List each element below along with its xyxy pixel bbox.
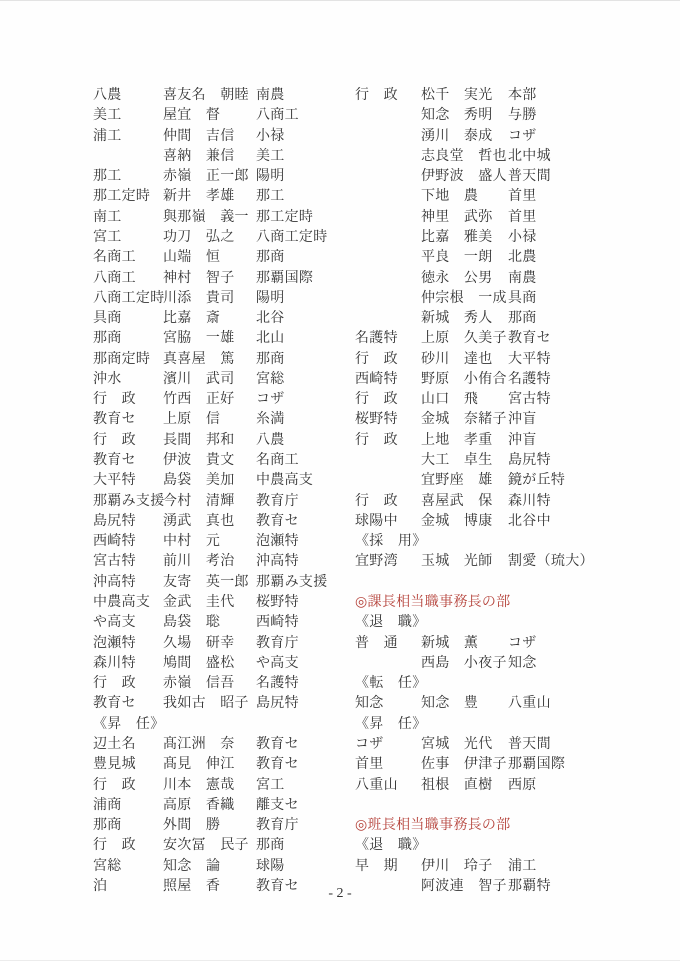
origin-school: 豊見城 bbox=[93, 755, 136, 775]
destination-school: 小禄 bbox=[508, 228, 537, 248]
origin-school: 首里 bbox=[355, 755, 384, 775]
person-name: 祖根 直樹 bbox=[421, 776, 493, 796]
origin-school: 島尻特 bbox=[93, 512, 136, 532]
destination-school: 大平特 bbox=[508, 350, 551, 370]
table-row: 行 政川本 憲哉宮工八重山祖根 直樹西原 bbox=[0, 776, 680, 796]
person-name: 神村 智子 bbox=[163, 269, 235, 289]
origin-school: 行 政 bbox=[93, 674, 136, 694]
destination-school: 離支セ bbox=[256, 796, 299, 816]
destination-school: 宮総 bbox=[256, 370, 285, 390]
destination-school: 那商 bbox=[256, 350, 285, 370]
table-row: 大平特島袋 美加中農高支宜野座 雄鏡が丘特 bbox=[0, 471, 680, 491]
origin-school: 教育セ bbox=[93, 451, 136, 471]
destination-school: 普天間 bbox=[508, 735, 551, 755]
origin-school: 西崎特 bbox=[93, 532, 136, 552]
origin-school: 行 政 bbox=[355, 431, 398, 451]
origin-school: 那商定時 bbox=[93, 350, 150, 370]
person-name: 島袋 美加 bbox=[163, 471, 235, 491]
person-name: 喜友名 朝睦 bbox=[163, 86, 249, 106]
destination-school: 教育庁 bbox=[256, 492, 299, 512]
origin-school: 桜野特 bbox=[355, 410, 398, 430]
table-row: 八農喜友名 朝睦南農行 政松千 実光本部 bbox=[0, 86, 680, 106]
destination-school: 割愛（琉大） bbox=[508, 552, 594, 572]
person-name: 功刀 弘之 bbox=[163, 228, 235, 248]
table-row: 那工赤嶺 正一郎陽明伊野波 盛人普天間 bbox=[0, 167, 680, 187]
destination-school: 本部 bbox=[508, 86, 537, 106]
destination-school: 名護特 bbox=[508, 370, 551, 390]
person-name: 島袋 聡 bbox=[163, 613, 220, 633]
section-heading: 《昇 任》 bbox=[355, 715, 427, 735]
table-row: 泡瀬特久場 研幸教育庁普 通新城 薫コザ bbox=[0, 634, 680, 654]
origin-school: 南工 bbox=[93, 208, 122, 228]
origin-school: 行 政 bbox=[93, 390, 136, 410]
table-row: 名商工山端 恒那商平良 一朗北農 bbox=[0, 248, 680, 268]
destination-school: 名護特 bbox=[256, 674, 299, 694]
entry-grid: 八農喜友名 朝睦南農行 政松千 実光本部美工屋宜 督八商工知念 秀明与勝浦工仲間… bbox=[0, 1, 680, 960]
person-name: 竹西 正好 bbox=[163, 390, 235, 410]
destination-school: 陽明 bbox=[256, 167, 285, 187]
person-name: 友寄 英一郎 bbox=[163, 573, 249, 593]
destination-school: 中農高支 bbox=[256, 471, 313, 491]
department-heading: ◎班長相当職事務長の部 bbox=[355, 816, 511, 836]
origin-school: 宮総 bbox=[93, 857, 122, 877]
table-row: 沖高特友寄 英一郎那覇み支援 bbox=[0, 573, 680, 593]
origin-school: 八商工 bbox=[93, 269, 136, 289]
origin-school: や高支 bbox=[93, 613, 136, 633]
destination-school: 教育セ bbox=[256, 755, 299, 775]
origin-school: 泡瀬特 bbox=[93, 634, 136, 654]
person-name: 下地 農 bbox=[421, 187, 478, 207]
person-name: 伊川 玲子 bbox=[421, 857, 493, 877]
destination-school: 八商工定時 bbox=[256, 228, 328, 248]
origin-school: 行 政 bbox=[355, 350, 398, 370]
person-name: 湧武 真也 bbox=[163, 512, 235, 532]
destination-school: 沖盲 bbox=[508, 410, 537, 430]
origin-school: 那工 bbox=[93, 167, 122, 187]
origin-school: 宮工 bbox=[93, 228, 122, 248]
person-name: 伊野波 盛人 bbox=[421, 167, 507, 187]
destination-school: 那覇国際 bbox=[256, 269, 313, 289]
person-name: 西島 小夜子 bbox=[421, 654, 507, 674]
person-name: 高原 香織 bbox=[163, 796, 235, 816]
destination-school: 北谷 bbox=[256, 309, 285, 329]
origin-school: 浦工 bbox=[93, 127, 122, 147]
department-heading: ◎課長相当職事務長の部 bbox=[355, 593, 511, 613]
destination-school: 名商工 bbox=[256, 451, 299, 471]
origin-school: 行 政 bbox=[93, 836, 136, 856]
destination-school: 北谷中 bbox=[508, 512, 551, 532]
table-row: 宮総知念 論球陽早 期伊川 玲子浦工 bbox=[0, 857, 680, 877]
table-row: 宮古特前川 考治沖高特宜野湾玉城 光師割愛（琉大） bbox=[0, 552, 680, 572]
destination-school: 美工 bbox=[256, 147, 285, 167]
origin-school: 行 政 bbox=[355, 492, 398, 512]
table-row: 《昇 任》《昇 任》 bbox=[0, 715, 680, 735]
origin-school: 具商 bbox=[93, 309, 122, 329]
table-row: 南工與那嶺 義一那工定時神里 武弥首里 bbox=[0, 208, 680, 228]
origin-school: 辺土名 bbox=[93, 735, 136, 755]
destination-school: 那商 bbox=[256, 248, 285, 268]
destination-school: 那覇国際 bbox=[508, 755, 565, 775]
person-name: 川本 憲哉 bbox=[163, 776, 235, 796]
table-row: 那商定時真喜屋 篤那商行 政砂川 達也大平特 bbox=[0, 350, 680, 370]
person-name: 知念 論 bbox=[163, 857, 220, 877]
origin-school: 球陽中 bbox=[355, 512, 398, 532]
destination-school: 教育庁 bbox=[256, 634, 299, 654]
origin-school: 那商 bbox=[93, 816, 122, 836]
table-row: 那覇み支援今村 清輝教育庁行 政喜屋武 保森川特 bbox=[0, 492, 680, 512]
destination-school: 南農 bbox=[256, 86, 285, 106]
destination-school: 那商 bbox=[508, 309, 537, 329]
destination-school: 南農 bbox=[508, 269, 537, 289]
destination-school: 北農 bbox=[508, 248, 537, 268]
origin-school: 普 通 bbox=[355, 634, 398, 654]
destination-school: 宮工 bbox=[256, 776, 285, 796]
destination-school: コザ bbox=[256, 390, 285, 410]
person-name: 宮脇 一雄 bbox=[163, 329, 235, 349]
destination-school: 八農 bbox=[256, 431, 285, 451]
destination-school: 浦工 bbox=[508, 857, 537, 877]
origin-school: 沖水 bbox=[93, 370, 122, 390]
person-name: 上原 久美子 bbox=[421, 329, 507, 349]
person-name: 髙江洲 奈 bbox=[163, 735, 235, 755]
destination-school: 首里 bbox=[508, 208, 537, 228]
destination-school: 島尻特 bbox=[508, 451, 551, 471]
table-row: 沖水濱川 武司宮総西崎特野原 小侑合名護特 bbox=[0, 370, 680, 390]
person-name: 外間 勝 bbox=[163, 816, 220, 836]
origin-school: 沖高特 bbox=[93, 573, 136, 593]
person-name: 湧川 泰成 bbox=[421, 127, 493, 147]
table-row: 浦商高原 香織離支セ bbox=[0, 796, 680, 816]
table-row: 辺土名髙江洲 奈教育セコザ宮城 光代普天間 bbox=[0, 735, 680, 755]
origin-school: 中農高支 bbox=[93, 593, 150, 613]
person-name: 長間 邦和 bbox=[163, 431, 235, 451]
destination-school: 球陽 bbox=[256, 857, 285, 877]
person-name: 上原 信 bbox=[163, 410, 220, 430]
destination-school: 教育庁 bbox=[256, 816, 299, 836]
destination-school: 教育セ bbox=[256, 512, 299, 532]
person-name: 髙見 伸江 bbox=[163, 755, 235, 775]
origin-school: 名商工 bbox=[93, 248, 136, 268]
origin-school: 教育セ bbox=[93, 694, 136, 714]
table-row: 教育セ伊波 貴文名商工大工 卓生島尻特 bbox=[0, 451, 680, 471]
destination-school: 糸満 bbox=[256, 410, 285, 430]
person-name: 伊波 貴文 bbox=[163, 451, 235, 471]
section-heading: 《退 職》 bbox=[355, 836, 427, 856]
destination-school: 那工 bbox=[256, 187, 285, 207]
person-name: 濱川 武司 bbox=[163, 370, 235, 390]
destination-school: 那覇み支援 bbox=[256, 573, 328, 593]
table-row: 八商工神村 智子那覇国際徳永 公男南農 bbox=[0, 269, 680, 289]
origin-school: 早 期 bbox=[355, 857, 398, 877]
destination-school: 具商 bbox=[508, 289, 537, 309]
destination-school: 普天間 bbox=[508, 167, 551, 187]
table-row: 豊見城髙見 伸江教育セ首里佐事 伊津子那覇国際 bbox=[0, 755, 680, 775]
person-name: 志良堂 哲也 bbox=[421, 147, 507, 167]
origin-school: コザ bbox=[355, 735, 384, 755]
table-row: や高支島袋 聡西崎特《退 職》 bbox=[0, 613, 680, 633]
person-name: 新井 孝雄 bbox=[163, 187, 235, 207]
person-name: 新城 薫 bbox=[421, 634, 478, 654]
section-heading: 《転 任》 bbox=[355, 674, 427, 694]
person-name: 砂川 達也 bbox=[421, 350, 493, 370]
person-name: 神里 武弥 bbox=[421, 208, 493, 228]
person-name: 野原 小侑合 bbox=[421, 370, 507, 390]
table-row: 具商比嘉 斎北谷新城 秀人那商 bbox=[0, 309, 680, 329]
person-name: 屋宜 督 bbox=[163, 106, 220, 126]
table-row: 美工屋宜 督八商工知念 秀明与勝 bbox=[0, 106, 680, 126]
destination-school: 教育セ bbox=[256, 735, 299, 755]
person-name: 新城 秀人 bbox=[421, 309, 493, 329]
person-name: 金城 博康 bbox=[421, 512, 493, 532]
destination-school: 首里 bbox=[508, 187, 537, 207]
person-name: 金城 奈緒子 bbox=[421, 410, 507, 430]
origin-school: 森川特 bbox=[93, 654, 136, 674]
destination-school: 森川特 bbox=[508, 492, 551, 512]
person-name: 仲宗根 一成 bbox=[421, 289, 507, 309]
table-row: 中農高支金武 圭代桜野特◎課長相当職事務長の部 bbox=[0, 593, 680, 613]
person-name: 久場 研幸 bbox=[163, 634, 235, 654]
person-name: 平良 一朗 bbox=[421, 248, 493, 268]
destination-school: 沖盲 bbox=[508, 431, 537, 451]
destination-school: 陽明 bbox=[256, 289, 285, 309]
destination-school: 宮古特 bbox=[508, 390, 551, 410]
destination-school: や高支 bbox=[256, 654, 299, 674]
person-name: 喜納 兼信 bbox=[163, 147, 235, 167]
person-name: 仲間 吉信 bbox=[163, 127, 235, 147]
destination-school: コザ bbox=[508, 634, 537, 654]
document-page: 八農喜友名 朝睦南農行 政松千 実光本部美工屋宜 督八商工知念 秀明与勝浦工仲間… bbox=[0, 0, 680, 961]
origin-school: 那工定時 bbox=[93, 187, 150, 207]
person-name: 佐事 伊津子 bbox=[421, 755, 507, 775]
origin-school: 名護特 bbox=[355, 329, 398, 349]
person-name: 赤嶺 正一郎 bbox=[163, 167, 249, 187]
person-name: 山端 恒 bbox=[163, 248, 220, 268]
person-name: 宜野座 雄 bbox=[421, 471, 493, 491]
destination-school: 与勝 bbox=[508, 106, 537, 126]
person-name: 知念 豊 bbox=[421, 694, 478, 714]
origin-school: 行 政 bbox=[355, 390, 398, 410]
origin-school: 行 政 bbox=[93, 431, 136, 451]
person-name: 與那嶺 義一 bbox=[163, 208, 249, 228]
person-name: 我如古 昭子 bbox=[163, 694, 249, 714]
person-name: 松千 実光 bbox=[421, 86, 493, 106]
origin-school: 西崎特 bbox=[355, 370, 398, 390]
destination-school: 島尻特 bbox=[256, 694, 299, 714]
table-row: 浦工仲間 吉信小禄湧川 泰成コザ bbox=[0, 127, 680, 147]
origin-school: 八農 bbox=[93, 86, 122, 106]
section-heading: 《採 用》 bbox=[355, 532, 427, 552]
person-name: 徳永 公男 bbox=[421, 269, 493, 289]
table-row: 八商工定時川添 貴司陽明仲宗根 一成具商 bbox=[0, 289, 680, 309]
origin-school: 行 政 bbox=[355, 86, 398, 106]
table-row: 宮工功刀 弘之八商工定時比嘉 雅美小禄 bbox=[0, 228, 680, 248]
page-number: - 2 - bbox=[0, 884, 680, 904]
person-name: 川添 貴司 bbox=[163, 289, 235, 309]
person-name: 赤嶺 信吾 bbox=[163, 674, 235, 694]
person-name: 今村 清輝 bbox=[163, 492, 235, 512]
person-name: 安次冨 民子 bbox=[163, 836, 249, 856]
table-row: 行 政竹西 正好コザ行 政山口 飛宮古特 bbox=[0, 390, 680, 410]
destination-school: 桜野特 bbox=[256, 593, 299, 613]
origin-school: 浦商 bbox=[93, 796, 122, 816]
destination-school: 泡瀬特 bbox=[256, 532, 299, 552]
origin-school: 那覇み支援 bbox=[93, 492, 165, 512]
person-name: 喜屋武 保 bbox=[421, 492, 493, 512]
origin-school: 行 政 bbox=[93, 776, 136, 796]
destination-school: 西原 bbox=[508, 776, 537, 796]
destination-school: 八商工 bbox=[256, 106, 299, 126]
person-name: 玉城 光師 bbox=[421, 552, 493, 572]
destination-school: 西崎特 bbox=[256, 613, 299, 633]
origin-school: 知念 bbox=[355, 694, 384, 714]
destination-school: 北中城 bbox=[508, 147, 551, 167]
table-row: 那商外間 勝教育庁◎班長相当職事務長の部 bbox=[0, 816, 680, 836]
person-name: 知念 秀明 bbox=[421, 106, 493, 126]
table-row: 西崎特中村 元泡瀬特《採 用》 bbox=[0, 532, 680, 552]
table-row: 島尻特湧武 真也教育セ球陽中金城 博康北谷中 bbox=[0, 512, 680, 532]
destination-school: 教育セ bbox=[508, 329, 551, 349]
person-name: 山口 飛 bbox=[421, 390, 478, 410]
person-name: 宮城 光代 bbox=[421, 735, 493, 755]
origin-school: 大平特 bbox=[93, 471, 136, 491]
person-name: 中村 元 bbox=[163, 532, 220, 552]
table-row: 喜納 兼信美工志良堂 哲也北中城 bbox=[0, 147, 680, 167]
section-heading: 《退 職》 bbox=[355, 613, 427, 633]
table-row: 森川特鳩間 盛松や高支西島 小夜子知念 bbox=[0, 654, 680, 674]
origin-school: 宮古特 bbox=[93, 552, 136, 572]
table-row: 行 政安次冨 民子那商《退 職》 bbox=[0, 836, 680, 856]
person-name: 鳩間 盛松 bbox=[163, 654, 235, 674]
origin-school: 八重山 bbox=[355, 776, 398, 796]
person-name: 大工 卓生 bbox=[421, 451, 493, 471]
person-name: 上地 孝重 bbox=[421, 431, 493, 451]
table-row: 行 政赤嶺 信吾名護特《転 任》 bbox=[0, 674, 680, 694]
person-name: 真喜屋 篤 bbox=[163, 350, 235, 370]
person-name: 比嘉 斎 bbox=[163, 309, 220, 329]
person-name: 前川 考治 bbox=[163, 552, 235, 572]
destination-school: 那工定時 bbox=[256, 208, 313, 228]
table-row: 教育セ我如古 昭子島尻特知念知念 豊八重山 bbox=[0, 694, 680, 714]
origin-school: 那商 bbox=[93, 329, 122, 349]
destination-school: 知念 bbox=[508, 654, 537, 674]
destination-school: 那商 bbox=[256, 836, 285, 856]
destination-school: 八重山 bbox=[508, 694, 551, 714]
section-heading: 《昇 任》 bbox=[93, 715, 165, 735]
origin-school: 宜野湾 bbox=[355, 552, 398, 572]
destination-school: 沖高特 bbox=[256, 552, 299, 572]
destination-school: 小禄 bbox=[256, 127, 285, 147]
origin-school: 八商工定時 bbox=[93, 289, 165, 309]
person-name: 金武 圭代 bbox=[163, 593, 235, 613]
table-row: 教育セ上原 信糸満桜野特金城 奈緒子沖盲 bbox=[0, 410, 680, 430]
table-row: 那工定時新井 孝雄那工下地 農首里 bbox=[0, 187, 680, 207]
destination-school: コザ bbox=[508, 127, 537, 147]
person-name: 比嘉 雅美 bbox=[421, 228, 493, 248]
origin-school: 教育セ bbox=[93, 410, 136, 430]
table-row: 行 政長間 邦和八農行 政上地 孝重沖盲 bbox=[0, 431, 680, 451]
destination-school: 北山 bbox=[256, 329, 285, 349]
table-row: 那商宮脇 一雄北山名護特上原 久美子教育セ bbox=[0, 329, 680, 349]
destination-school: 鏡が丘特 bbox=[508, 471, 565, 491]
origin-school: 美工 bbox=[93, 106, 122, 126]
